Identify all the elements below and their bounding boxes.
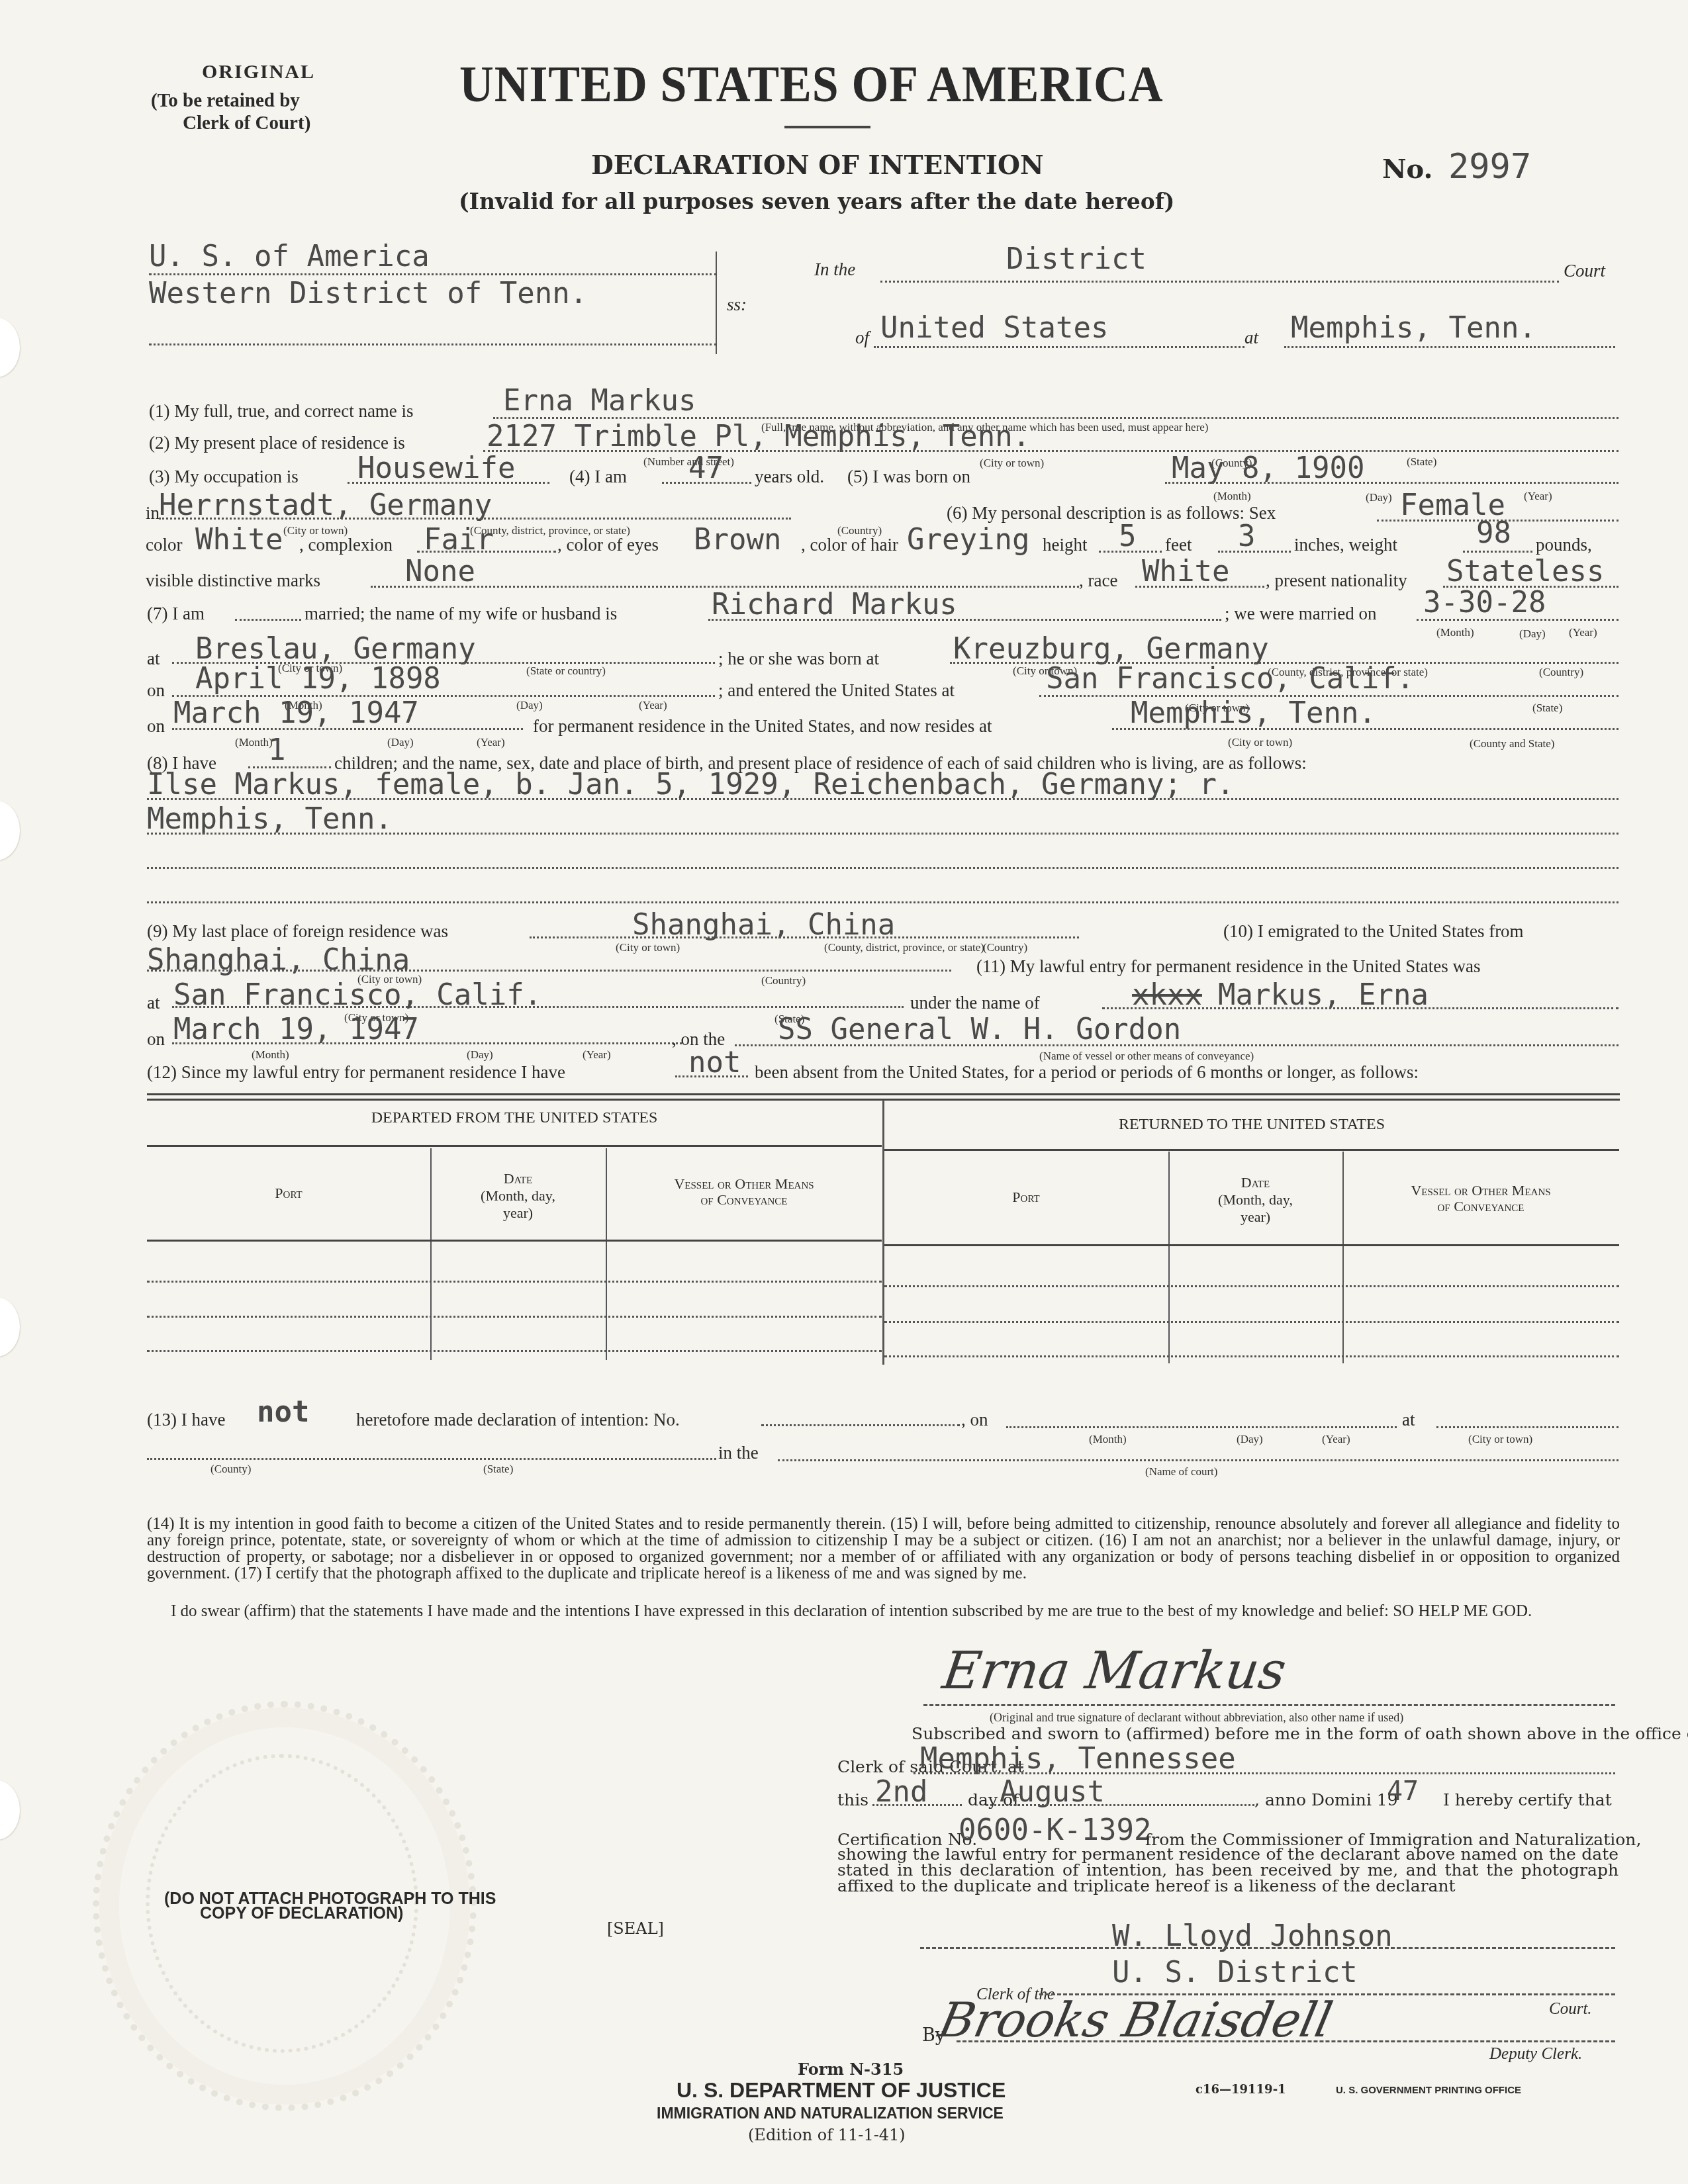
color-label: color — [146, 535, 182, 555]
court-type: District — [1006, 242, 1147, 276]
on-label: on — [147, 680, 165, 701]
clerk-name-line — [920, 1947, 1615, 1949]
hint-city: (City or town) — [980, 457, 1044, 470]
spouse-residence-line — [1112, 728, 1618, 730]
birth-date-line — [1165, 482, 1618, 484]
certify-label: I hereby certify that — [1443, 1790, 1612, 1809]
marks-label: visible distinctive marks — [146, 570, 320, 591]
venue-line — [149, 273, 717, 275]
hint-city: (City or town) — [616, 941, 680, 954]
header-rule — [884, 1149, 1619, 1151]
hint-county: (County) — [211, 1463, 251, 1476]
vessel: SS General W. H. Gordon — [778, 1013, 1181, 1046]
court-type-line — [880, 281, 1559, 283]
hint-country: (Country) — [761, 974, 806, 987]
departed-col-port: Port — [147, 1185, 430, 1202]
spouse-birth-date: April 19, 1898 — [195, 662, 441, 696]
occupation: Housewife — [357, 451, 515, 485]
q13-label: (13) I have — [147, 1410, 225, 1430]
year: 47 — [1387, 1776, 1419, 1807]
number-label: No. — [1382, 154, 1432, 185]
children-line-2: Memphis, Tenn. — [147, 802, 393, 836]
hint-month: (Month) — [1213, 490, 1251, 503]
punch-hole — [0, 318, 20, 377]
children-line-1: Ilse Markus, female, b. Jan. 5, 1929, Re… — [147, 768, 1234, 801]
page-title: UNITED STATES OF AMERICA — [459, 54, 1163, 114]
column-header-rule — [884, 1244, 1619, 1246]
height-inches-line — [1218, 551, 1291, 553]
edition: (Edition of 11-1-41) — [748, 2126, 906, 2144]
month-line — [986, 1804, 1254, 1806]
hint-year: (Year) — [477, 736, 505, 749]
hint-city: (City or town) — [1228, 736, 1292, 749]
punch-hole — [0, 1297, 20, 1357]
table-row — [884, 1355, 1619, 1357]
hint-month: (Month) — [1436, 626, 1474, 639]
validity-note: (Invalid for all purposes seven years af… — [459, 189, 1174, 214]
form-number: Form N-315 — [798, 2060, 904, 2079]
hint-year: (Year) — [1569, 626, 1597, 639]
venue-left-2: Western District of Tenn. — [149, 277, 587, 310]
court-of-line — [874, 346, 1244, 348]
returned-col-date-hint: year) — [1168, 1208, 1342, 1226]
hint-day: (Day) — [1237, 1433, 1263, 1446]
hint-year: (Year) — [639, 699, 667, 712]
race-line — [1135, 586, 1264, 588]
court-at-line — [1284, 346, 1615, 348]
hint-day: (Day) — [1519, 627, 1546, 641]
clerk-at-line — [914, 1772, 1615, 1774]
seal-label: [SEAL] — [607, 1919, 664, 1938]
oath-paragraph: (14) It is my intention in good faith to… — [147, 1516, 1620, 1582]
day-line — [872, 1804, 962, 1806]
jurat-line-1: Subscribed and sworn to (affirmed) befor… — [912, 1724, 1688, 1743]
spouse-entry-place: San Francisco, Calif. — [1046, 662, 1414, 696]
prior-court-line — [778, 1459, 1618, 1461]
spouse-entry-date-line — [172, 728, 523, 730]
pounds-label: pounds, — [1536, 535, 1592, 555]
hint-court: (Name of court) — [1145, 1465, 1218, 1479]
spouse-birthplace: Kreuzburg, Germany — [953, 632, 1269, 666]
table-row — [147, 1281, 882, 1283]
on-label: , on — [961, 1410, 988, 1430]
court-of: United States — [880, 311, 1108, 345]
venue-line — [149, 343, 717, 345]
hint-day: (Day) — [1366, 491, 1392, 504]
returned-col-date: Date — [1168, 1174, 1342, 1191]
q2-label: (2) My present place of residence is — [149, 433, 405, 453]
height-feet: 5 — [1119, 520, 1137, 553]
declarant-signature: Erna Markus — [939, 1641, 1290, 1701]
venue-brace — [716, 251, 717, 354]
hint-month: (Month) — [1089, 1433, 1127, 1446]
height-inches: 3 — [1238, 520, 1256, 553]
race: White — [1142, 555, 1229, 588]
hint-day: (Day) — [516, 699, 543, 712]
full-name: Erna Markus — [503, 384, 696, 418]
weight-line — [1463, 551, 1532, 553]
married-on: 3-30-28 — [1423, 586, 1546, 619]
marital-line — [235, 619, 301, 621]
of-label: of — [855, 328, 869, 348]
on-label: on — [147, 716, 165, 737]
entry-name-line — [1102, 1007, 1618, 1009]
nationality-label: , present nationality — [1266, 570, 1407, 591]
q1-label: (1) My full, true, and correct name is — [149, 401, 414, 422]
print-code: c16—19119-1 — [1196, 2083, 1286, 2097]
q4-label: (4) I am — [569, 467, 627, 487]
full-name-line — [493, 417, 1618, 419]
in-label: in — [146, 503, 160, 523]
returned-col-vessel: of Conveyance — [1342, 1198, 1619, 1215]
this-label: this — [837, 1790, 868, 1809]
occupation-line — [348, 482, 549, 484]
punch-hole — [0, 1780, 20, 1840]
original-label: ORIGINAL — [202, 61, 315, 83]
hair: Greying — [907, 523, 1029, 557]
printer: U. S. GOVERNMENT PRINTING OFFICE — [1336, 2085, 1521, 2096]
entry-date: March 19, 1947 — [173, 1013, 419, 1046]
q12-label: (12) Since my lawful entry for permanent… — [147, 1062, 565, 1083]
venue-left-1: U. S. of America — [149, 240, 430, 273]
eyes-label: , color of eyes — [557, 535, 659, 555]
deputy-line — [957, 2040, 1615, 2042]
children-line — [147, 901, 1618, 903]
signature-line — [923, 1704, 1615, 1706]
departed-col-date-hint: (Month, day, — [430, 1187, 606, 1205]
hint-day: (Day) — [467, 1048, 493, 1062]
on-label: on — [147, 1029, 165, 1050]
nationality: Stateless — [1446, 555, 1604, 588]
clerk-at: Memphis, Tennessee — [920, 1742, 1236, 1776]
cert-number: 0600-K-1392 — [959, 1813, 1151, 1847]
hint-country: (Country) — [983, 941, 1027, 954]
emigrated-from-line — [147, 970, 951, 972]
q5-label: (5) I was born on — [847, 467, 970, 487]
deputy-label: Deputy Clerk. — [1489, 2045, 1582, 2064]
photo-note-2: COPY OF DECLARATION) — [200, 1904, 403, 1923]
swear-paragraph: I do swear (affirm) that the statements … — [147, 1603, 1620, 1619]
complexion-label: , complexion — [299, 535, 393, 555]
age: 47 — [688, 451, 724, 485]
departed-title: DEPARTED FROM THE UNITED STATES — [147, 1109, 882, 1127]
form-subtitle: DECLARATION OF INTENTION — [591, 150, 1044, 181]
department: U. S. DEPARTMENT OF JUSTICE — [677, 2078, 1006, 2103]
q12-text: been absent from the United States, for … — [755, 1062, 1419, 1083]
hint-vessel: (Name of vessel or other means of convey… — [1039, 1050, 1254, 1063]
entry-date-line — [172, 1042, 682, 1044]
q7-label: (7) I am — [147, 604, 205, 624]
hint-month: (Month) — [235, 736, 273, 749]
punch-hole — [0, 801, 20, 860]
retained-note: (To be retained by — [151, 90, 300, 112]
married-at: Breslau, Germany — [195, 632, 476, 666]
ss-label: ss: — [727, 295, 747, 315]
height-feet-line — [1099, 551, 1162, 553]
departed-col-vessel: Vessel or Other Means — [606, 1175, 882, 1193]
departed-col-vessel: of Conveyance — [606, 1191, 882, 1208]
hint-state: (State) — [1407, 455, 1436, 469]
q12-line — [675, 1075, 748, 1077]
under-name-label: under the name of — [910, 993, 1040, 1013]
hint-year: (Year) — [1322, 1433, 1350, 1446]
emigrated-from: Shanghai, China — [147, 943, 410, 977]
eyes: Brown — [694, 523, 781, 557]
anno-label: , anno Domini 19 — [1254, 1790, 1398, 1809]
spouse-name: Richard Markus — [712, 588, 957, 621]
court-label: Court. — [1549, 2000, 1592, 2019]
prior-number-line — [761, 1424, 960, 1426]
children-line — [147, 833, 1618, 835]
hint-city: (City or town) — [1468, 1433, 1532, 1446]
returned-col-date-hint: (Month, day, — [1168, 1191, 1342, 1208]
permanent-label: for permanent residence in the United St… — [533, 716, 992, 737]
signature-hint: (Original and true signature of declaran… — [990, 1711, 1403, 1725]
hint-year: (Year) — [1524, 490, 1552, 503]
returned-col-port: Port — [884, 1189, 1168, 1206]
last-foreign-residence-line — [530, 936, 1079, 938]
residence-line — [483, 450, 1618, 452]
hint-month: (Month) — [252, 1048, 289, 1062]
court-name: U. S. District — [1112, 1956, 1358, 1989]
feet-label: feet — [1165, 535, 1192, 555]
in-the-label: In the — [814, 259, 855, 280]
q13-text: heretofore made declaration of intention… — [356, 1410, 680, 1430]
hint-state: (State) — [1532, 702, 1562, 715]
children-count: 1 — [268, 733, 286, 767]
q10-label: (10) I emigrated to the United States fr… — [1223, 921, 1524, 942]
table-row — [147, 1350, 882, 1352]
table-divider — [882, 1100, 884, 1365]
weight: 98 — [1476, 516, 1511, 550]
hint-county-district: (County, district, province, or state) — [824, 941, 984, 954]
children-line — [147, 867, 1618, 869]
title-rule — [784, 126, 870, 128]
deputy-signature: Brooks Blaisdell — [934, 1992, 1337, 2048]
header-rule — [147, 1145, 882, 1147]
vessel-line — [735, 1044, 1618, 1046]
column-header-rule — [147, 1240, 882, 1242]
complexion-line — [417, 551, 556, 553]
residence: 2127 Trimble Pl, Memphis, Tenn. — [487, 420, 1030, 453]
returned-title: RETURNED TO THE UNITED STATES — [884, 1116, 1619, 1134]
court-label: Court — [1564, 261, 1605, 281]
spouse-name-line — [708, 619, 1221, 621]
married-on-line — [1417, 619, 1618, 621]
birth-date: May 8, 1900 — [1172, 451, 1364, 485]
returned-col-vessel: Vessel or Other Means — [1342, 1182, 1619, 1199]
race-label: , race — [1079, 570, 1117, 591]
height-label: height — [1043, 535, 1088, 555]
q12-value: not — [688, 1046, 741, 1079]
hint-country: (Country) — [1539, 666, 1583, 679]
q9-label: (9) My last place of foreign residence w… — [147, 921, 448, 942]
q13-value: not — [257, 1395, 309, 1429]
departed-col-date: Date — [430, 1170, 606, 1187]
retained-note: Clerk of Court) — [183, 113, 310, 134]
children-line — [147, 798, 1618, 800]
birth-place-line — [159, 518, 791, 520]
at-label: at — [147, 649, 160, 669]
married-on-label: ; we were married on — [1225, 604, 1376, 624]
entry-port-line — [172, 1006, 904, 1008]
color: White — [195, 523, 283, 557]
at-label: at — [1244, 328, 1258, 348]
q11-label: (11) My lawful entry for permanent resid… — [976, 956, 1481, 977]
prior-date-line — [1006, 1426, 1397, 1428]
table-top-rule — [147, 1093, 1620, 1095]
hair-label: , color of hair — [801, 535, 898, 555]
in-the-label: in the — [718, 1443, 759, 1463]
q7-mid: married; the name of my wife or husband … — [305, 604, 617, 624]
table-row — [147, 1316, 882, 1318]
hint-state-country: (State or country) — [526, 664, 606, 678]
age-suffix: years old. — [755, 467, 824, 487]
table-row — [884, 1321, 1619, 1323]
cert-text-2: showing the lawful entry for permanent r… — [837, 1846, 1618, 1894]
q6-label: (6) My personal description is as follow… — [947, 503, 1276, 523]
departed-col-date-hint: year) — [430, 1205, 606, 1222]
hint-state: (State) — [483, 1463, 513, 1476]
q3-label: (3) My occupation is — [149, 467, 299, 487]
at-label: at — [1402, 1410, 1415, 1430]
hint-day: (Day) — [387, 736, 414, 749]
prior-county-line — [147, 1458, 716, 1460]
inches-label: inches, weight — [1294, 535, 1397, 555]
marks: None — [405, 555, 475, 588]
entered-label: ; and entered the United States at — [718, 680, 955, 701]
spouse-residence: Memphis, Tenn. — [1131, 696, 1376, 730]
prior-city-line — [1436, 1426, 1618, 1428]
at-label: at — [147, 993, 160, 1013]
hint-year: (Year) — [583, 1048, 611, 1062]
court-at: Memphis, Tenn. — [1291, 311, 1536, 345]
table-row — [884, 1285, 1619, 1287]
spouse-born-label: ; he or she was born at — [718, 649, 879, 669]
spouse-entry-date: March 19, 1947 — [173, 696, 419, 730]
service: IMMIGRATION AND NATURALIZATION SERVICE — [657, 2105, 1004, 2122]
declaration-number: 2997 — [1448, 147, 1531, 187]
age-line — [662, 482, 751, 484]
hint-county-state: (County and State) — [1470, 737, 1554, 751]
